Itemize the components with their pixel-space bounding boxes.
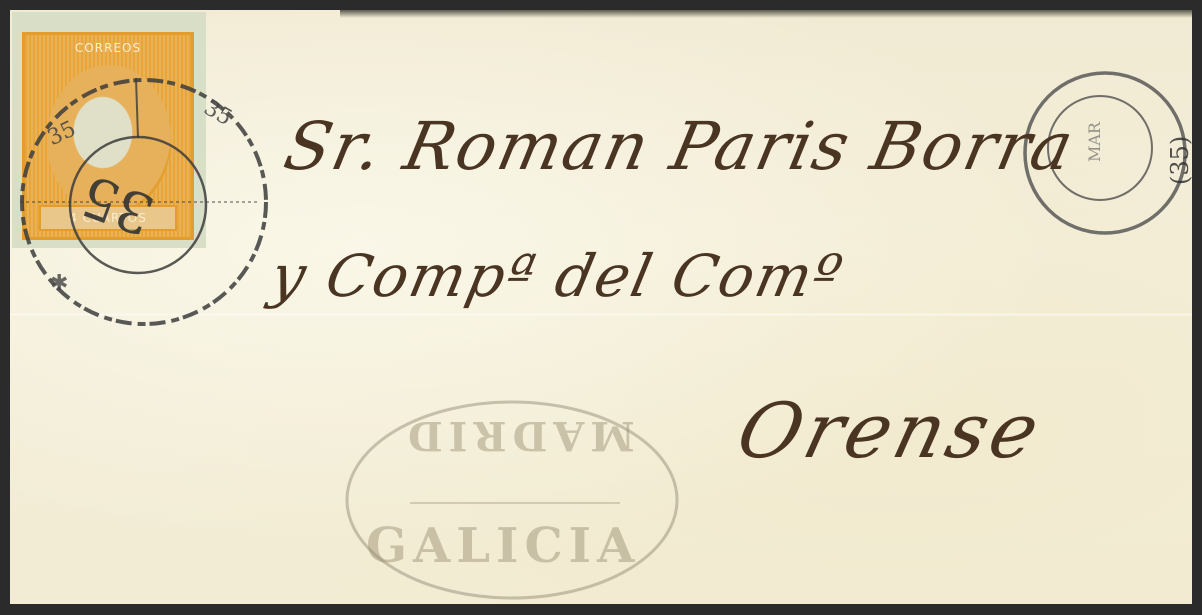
address-line-company: y Compª del Comº: [265, 242, 850, 310]
address-line-recipient: Sr. Roman Paris Borra: [278, 108, 1082, 185]
svg-text:MAR: MAR: [1085, 121, 1104, 162]
letter-sheet: MADRID GALICIA CORREOS 4 CUARTOS 35 35 3…: [10, 10, 1192, 604]
svg-text:(35): (35): [1166, 136, 1192, 185]
address-line-city: Orense: [729, 386, 1052, 475]
